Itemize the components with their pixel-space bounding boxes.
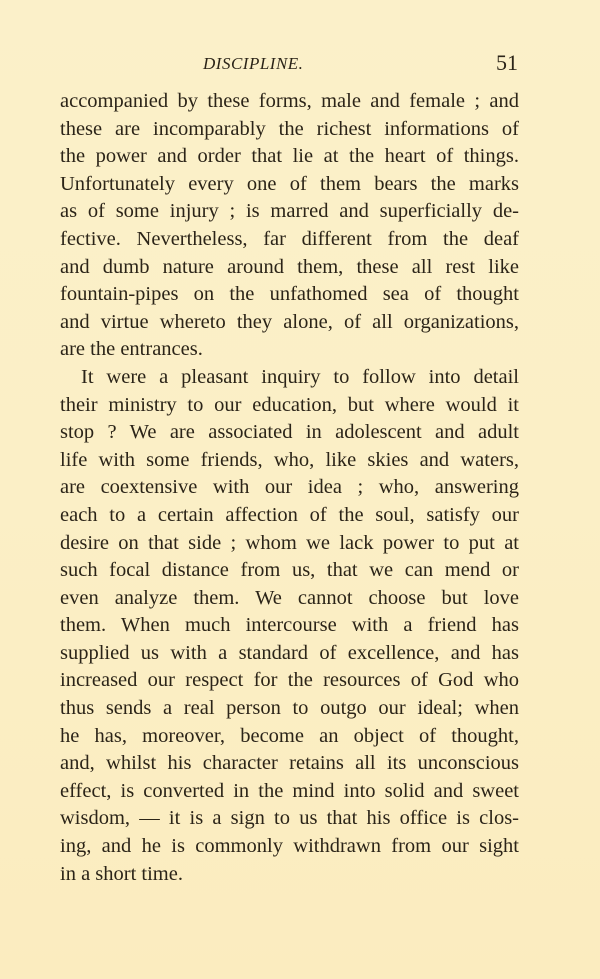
text-line: in a short time. [60, 861, 519, 889]
text-line: effect, is converted in the mind into so… [60, 778, 519, 806]
body-text: accompanied by these forms, male and fem… [60, 88, 519, 888]
text-line: are the entrances. [60, 336, 519, 364]
text-line: the power and order that lie at the hear… [60, 143, 519, 171]
paragraph-1: accompanied by these forms, male and fem… [60, 88, 519, 364]
text-line: as of some injury ; is marred and superf… [60, 198, 519, 226]
running-head: DISCIPLINE. [203, 54, 303, 74]
text-line: desire on that side ; whom we lack power… [60, 530, 519, 558]
text-line: he has, moreover, become an object of th… [60, 723, 519, 751]
text-line: fountain-pipes on the unfathomed sea of … [60, 281, 519, 309]
text-line: are coextensive with our idea ; who, ans… [60, 474, 519, 502]
text-line: fective. Nevertheless, far different fro… [60, 226, 519, 254]
text-line: such focal distance from us, that we can… [60, 557, 519, 585]
text-line: increased our respect for the resources … [60, 667, 519, 695]
text-line: and virtue whereto they alone, of all or… [60, 309, 519, 337]
text-line: life with some friends, who, like skies … [60, 447, 519, 475]
book-page: DISCIPLINE. 51 accompanied by these form… [0, 0, 600, 979]
text-line: wisdom, — it is a sign to us that his of… [60, 805, 519, 833]
text-line: accompanied by these forms, male and fem… [60, 88, 519, 116]
text-line: thus sends a real person to outgo our id… [60, 695, 519, 723]
text-line: It were a pleasant inquiry to follow int… [60, 364, 519, 392]
text-line: Unfortunately every one of them bears th… [60, 171, 519, 199]
text-line: stop ? We are associated in adolescent a… [60, 419, 519, 447]
text-line: and, whilst his character retains all it… [60, 750, 519, 778]
text-line: supplied us with a standard of excellenc… [60, 640, 519, 668]
text-line: ing, and he is commonly withdrawn from o… [60, 833, 519, 861]
text-line: them. When much intercourse with a frien… [60, 612, 519, 640]
paragraph-2: It were a pleasant inquiry to follow int… [60, 364, 519, 888]
page-number: 51 [496, 50, 518, 76]
text-line: their ministry to our education, but whe… [60, 392, 519, 420]
text-line: these are incomparably the richest infor… [60, 116, 519, 144]
text-line: even analyze them. We cannot choose but … [60, 585, 519, 613]
page-header: DISCIPLINE. 51 [60, 50, 518, 80]
text-line: and dumb nature around them, these all r… [60, 254, 519, 282]
text-line: each to a certain affection of the soul,… [60, 502, 519, 530]
